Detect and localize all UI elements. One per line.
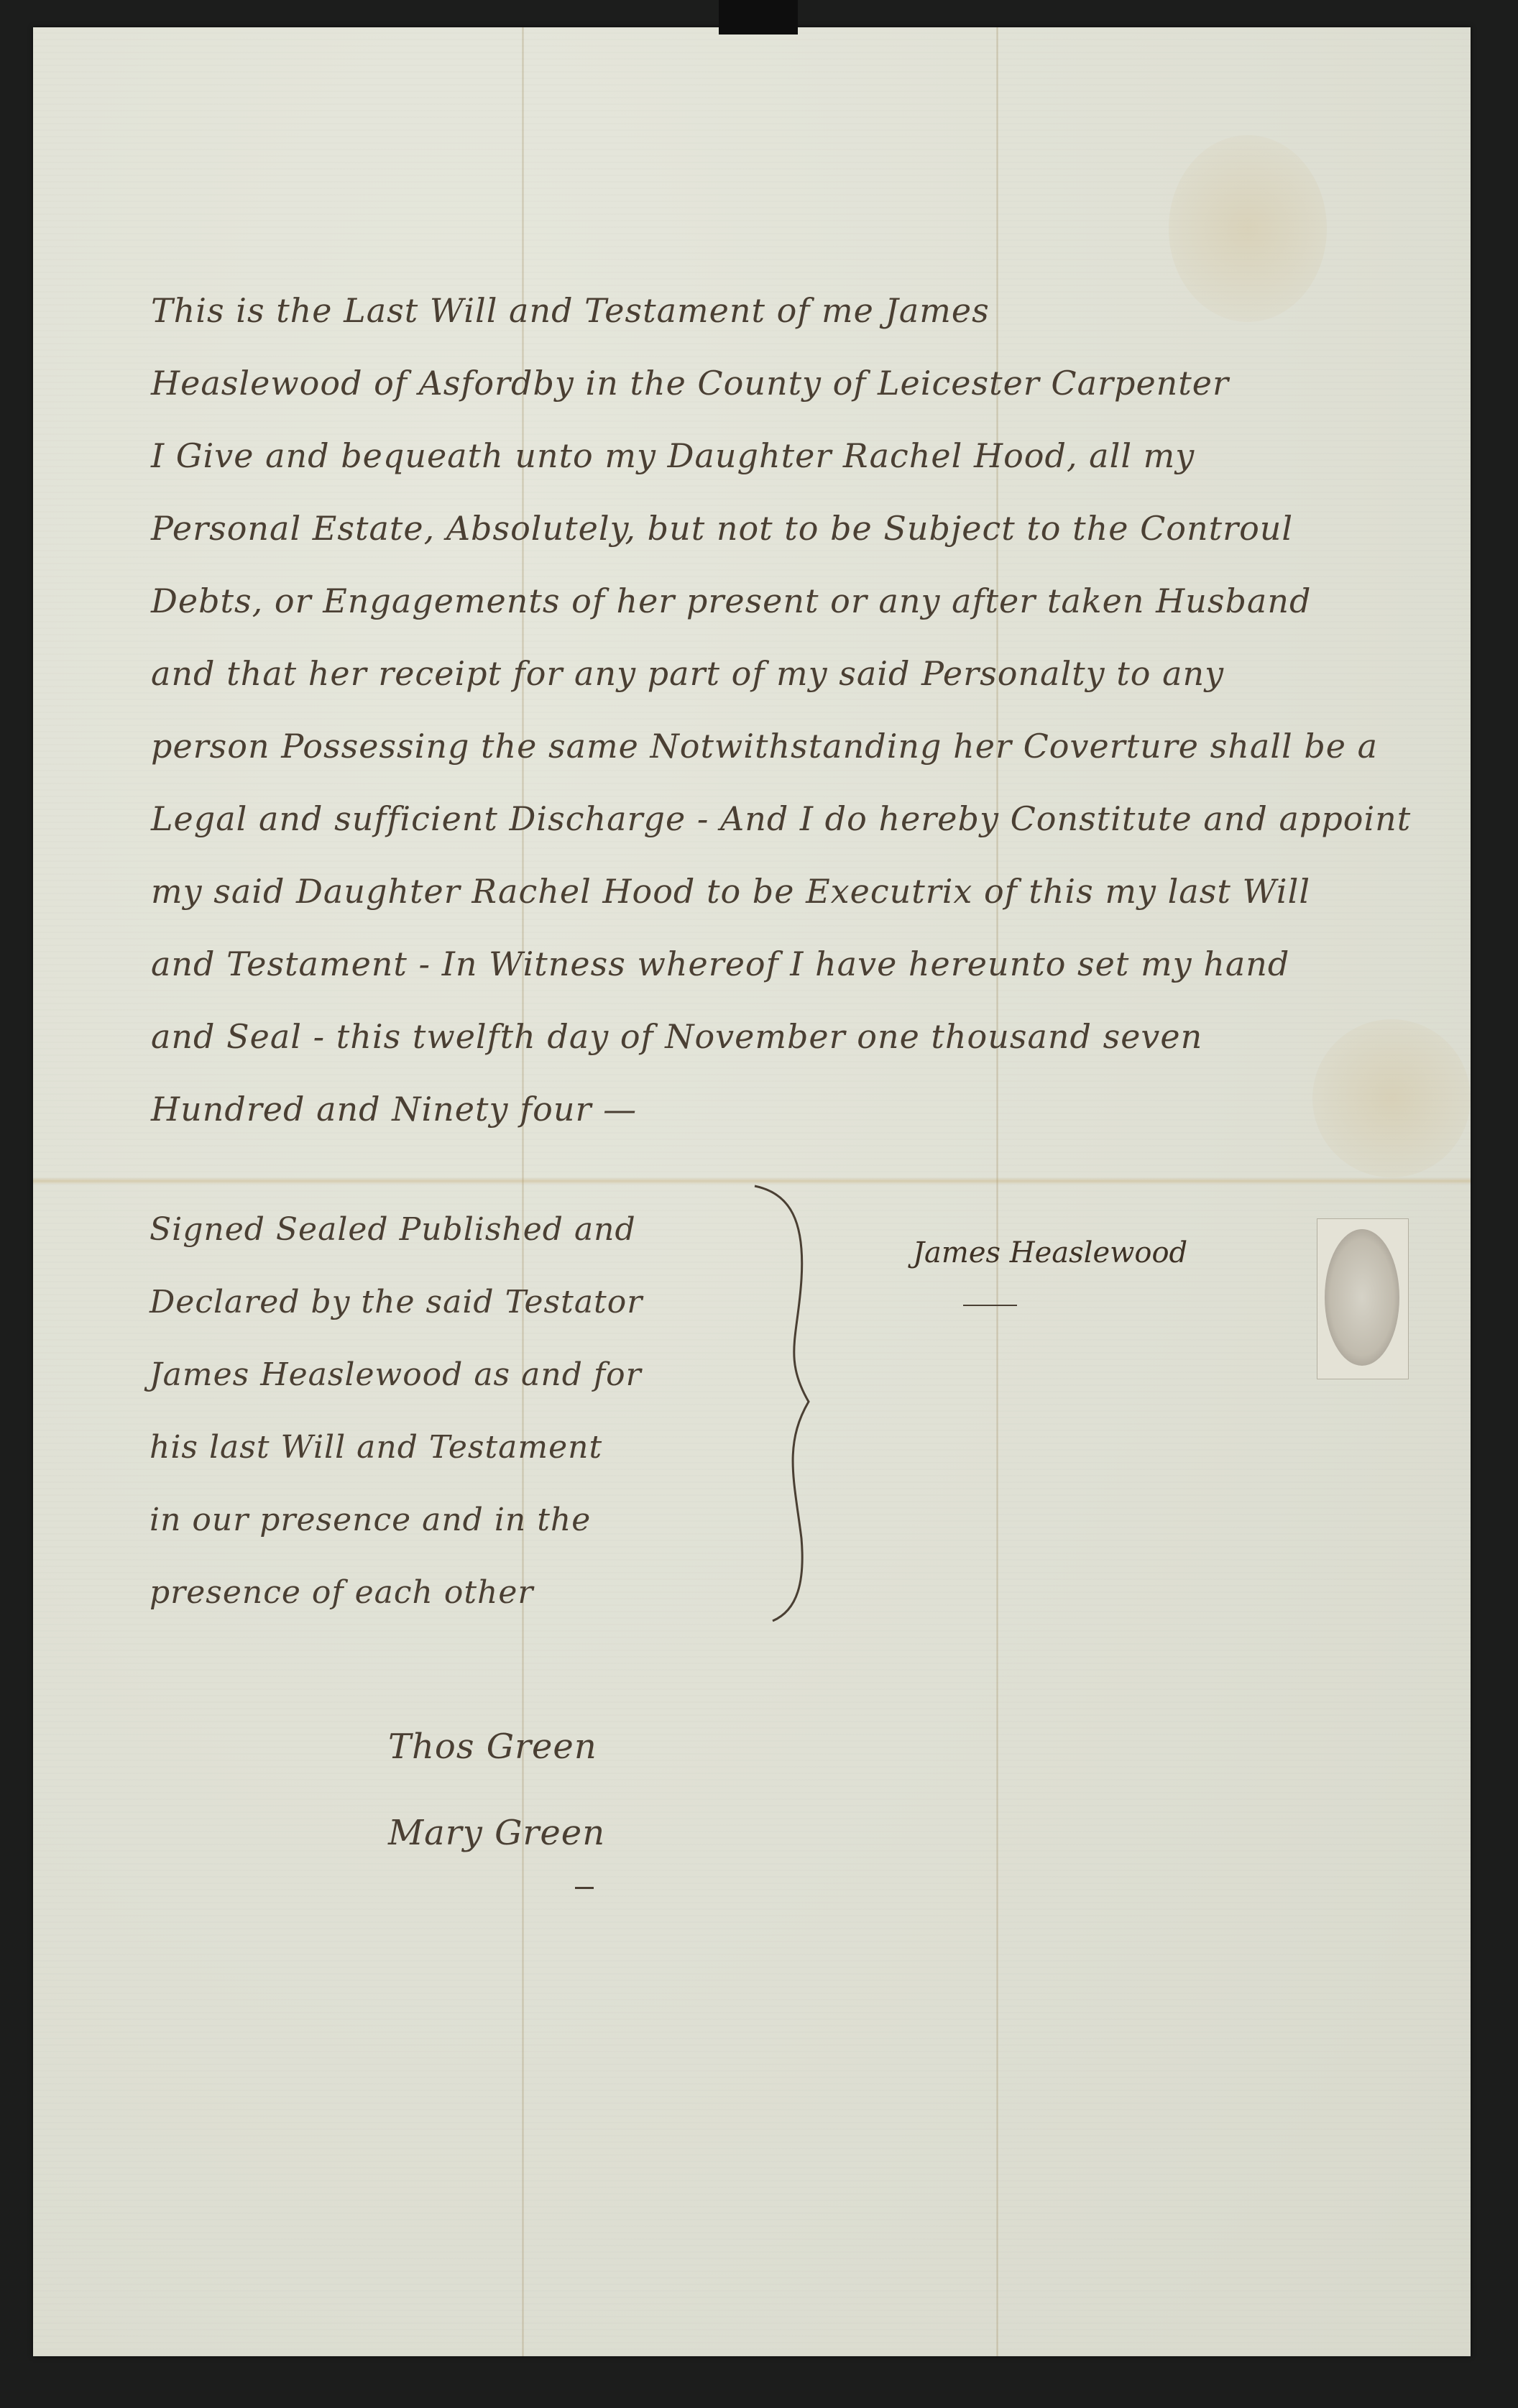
witness-signature: Mary Green (388, 1790, 605, 1876)
body-line: I Give and bequeath unto my Daughter Rac… (151, 420, 1502, 492)
attestation-clause: Signed Sealed Published and Declared by … (149, 1193, 643, 1629)
attestation-line: in our presence and in the (149, 1484, 643, 1556)
body-line: person Possessing the same Notwithstandi… (151, 710, 1502, 783)
will-body-text: This is the Last Will and Testament of m… (151, 275, 1502, 1146)
body-line: Debts, or Engagements of her present or … (151, 565, 1502, 638)
attestation-line: Signed Sealed Published and (149, 1193, 643, 1266)
witness-dash (575, 1887, 594, 1889)
body-line: my said Daughter Rachel Hood to be Execu… (151, 855, 1502, 928)
attestation-line: presence of each other (149, 1556, 643, 1629)
body-line: Heaslewood of Asfordby in the County of … (151, 347, 1502, 420)
attestation-brace (740, 1179, 827, 1625)
body-line: and that her receipt for any part of my … (151, 638, 1502, 710)
body-line: and Testament - In Witness whereof I hav… (151, 928, 1502, 1001)
attestation-line: his last Will and Testament (149, 1411, 643, 1484)
paper-edge-notch (719, 0, 798, 35)
body-line: Legal and sufficient Discharge - And I d… (151, 783, 1502, 855)
body-line: and Seal - this twelfth day of November … (151, 1001, 1502, 1073)
testator-signature: James Heaslewood (913, 1236, 1187, 1269)
body-line: Hundred and Ninety four — (151, 1073, 1502, 1146)
body-line: This is the Last Will and Testament of m… (151, 275, 1502, 347)
signature-underline (963, 1305, 1017, 1306)
body-line: Personal Estate, Absolutely, but not to … (151, 492, 1502, 565)
seal-impression (1325, 1229, 1399, 1366)
wax-seal-icon (1317, 1218, 1409, 1379)
attestation-line: Declared by the said Testator (149, 1266, 643, 1338)
witness-signatures: Thos Green Mary Green (388, 1704, 605, 1876)
witness-signature: Thos Green (388, 1704, 605, 1790)
attestation-line: James Heaslewood as and for (149, 1338, 643, 1411)
